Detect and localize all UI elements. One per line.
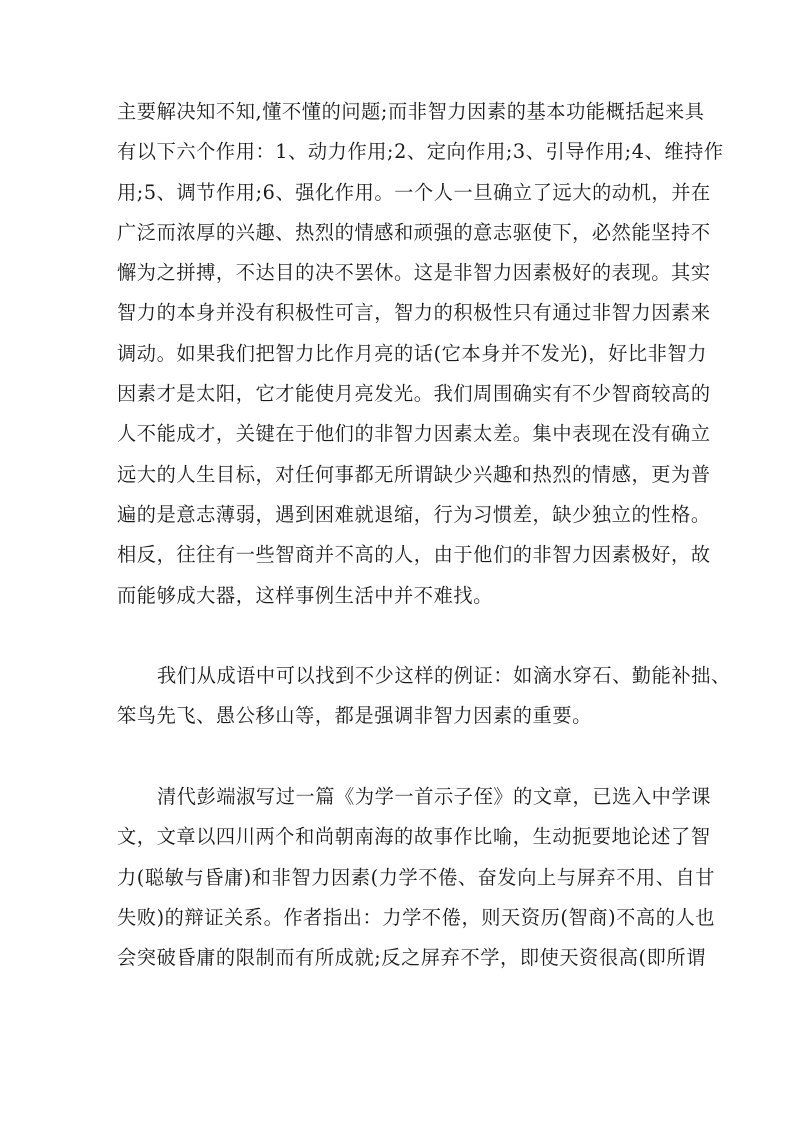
text-line: 笨鸟先飞、愚公移山等，都是强调非智力因素的重要。 — [117, 696, 679, 736]
text-line-indented: 我们从成语中可以找到不少这样的例证：如滴水穿石、勤能补拙、 — [117, 656, 679, 696]
text-line: 广泛而浓厚的兴趣、热烈的情感和顽强的意志驱使下，必然能坚持不 — [117, 213, 679, 253]
text-line: 用;5、调节作用;6、强化作用。一个人一旦确立了远大的动机，并在 — [117, 173, 679, 213]
text-line-indented: 清代彭端淑写过一篇《为学一首示子侄》的文章，已选入中学课 — [117, 777, 679, 817]
text-line: 主要解决知不知,懂不懂的问题;而非智力因素的基本功能概括起来具 — [117, 92, 679, 132]
text-line: 懈为之拼搏，不达目的决不罢休。这是非智力因素极好的表现。其实 — [117, 253, 679, 293]
text-line: 因素才是太阳，它才能使月亮发光。我们周围确实有不少智商较高的 — [117, 374, 679, 414]
paragraph-non-intellectual-functions: 主要解决知不知,懂不懂的问题;而非智力因素的基本功能概括起来具 有以下六个作用：… — [117, 92, 679, 616]
text-line: 而能够成大器，这样事例生活中并不难找。 — [117, 576, 679, 616]
text-line: 远大的人生目标，对任何事都无所谓缺少兴趣和热烈的情感，更为普 — [117, 455, 679, 495]
paragraph-peng-duanshu-essay: 清代彭端淑写过一篇《为学一首示子侄》的文章，已选入中学课 文，文章以四川两个和尚… — [117, 777, 679, 978]
text-line: 文，文章以四川两个和尚朝南海的故事作比喻，生动扼要地论述了智 — [117, 817, 679, 857]
text-line: 有以下六个作用：1、动力作用;2、定向作用;3、引导作用;4、维持作 — [117, 132, 679, 172]
text-line: 智力的本身并没有积极性可言，智力的积极性只有通过非智力因素来 — [117, 293, 679, 333]
text-line: 力(聪敏与昏庸)和非智力因素(力学不倦、奋发向上与屏弃不用、自甘 — [117, 858, 679, 898]
text-line: 会突破昏庸的限制而有所成就;反之屏弃不学，即使天资很高(即所谓 — [117, 938, 679, 978]
text-line: 调动。如果我们把智力比作月亮的话(它本身并不发光)，好比非智力 — [117, 334, 679, 374]
text-line: 相反，往往有一些智商并不高的人，由于他们的非智力因素极好，故 — [117, 535, 679, 575]
paragraph-idiom-examples: 我们从成语中可以找到不少这样的例证：如滴水穿石、勤能补拙、 笨鸟先飞、愚公移山等… — [117, 656, 679, 737]
text-line: 失败)的辩证关系。作者指出：力学不倦，则天资历(智商)不高的人也 — [117, 898, 679, 938]
text-line: 人不能成才，关键在于他们的非智力因素太差。集中表现在没有确立 — [117, 414, 679, 454]
document-body: 主要解决知不知,懂不懂的问题;而非智力因素的基本功能概括起来具 有以下六个作用：… — [117, 92, 679, 1019]
text-line: 遍的是意志薄弱，遇到困难就退缩，行为习惯差，缺少独立的性格。 — [117, 495, 679, 535]
document-page: 主要解决知不知,懂不懂的问题;而非智力因素的基本功能概括起来具 有以下六个作用：… — [0, 0, 793, 1122]
